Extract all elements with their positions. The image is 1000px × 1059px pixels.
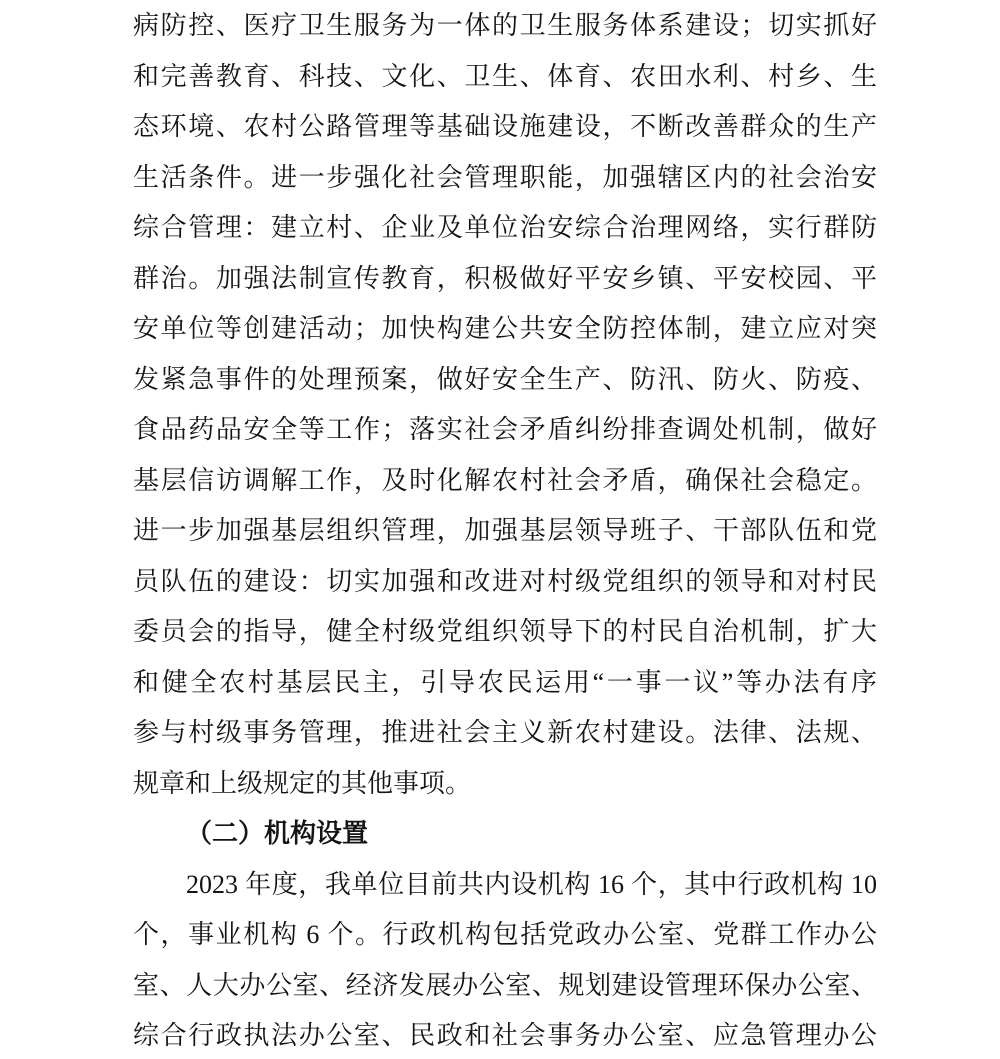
- paragraph-first-line: 2023 年度，我单位目前共内设机构 16 个，其中行政机构 10: [133, 860, 877, 911]
- text-line: 参与村级事务管理，推进社会主义新农村建设。法律、法规、: [133, 708, 877, 759]
- text-line: 基层信访调解工作，及时化解农村社会矛盾，确保社会稳定。: [133, 456, 877, 507]
- text-line: 委员会的指导，健全村级党组织领导下的村民自治机制，扩大: [133, 607, 877, 658]
- text-line: 和健全农村基层民主，引导农民运用“一事一议”等办法有序: [133, 658, 877, 709]
- text-line: 安单位等创建活动；加快构建公共安全防控体制，建立应对突: [133, 304, 877, 355]
- section-heading: （二）机构设置: [133, 809, 877, 860]
- text-line: 个，事业机构 6 个。行政机构包括党政办公室、党群工作办公: [133, 910, 877, 961]
- text-line: 室、人大办公室、经济发展办公室、规划建设管理环保办公室、: [133, 961, 877, 1012]
- text-line: 生活条件。进一步强化社会管理职能，加强辖区内的社会治安: [133, 153, 877, 204]
- text-line: 和完善教育、科技、文化、卫生、体育、农田水利、村乡、生: [133, 52, 877, 103]
- text-line: 员队伍的建设：切实加强和改进对村级党组织的领导和对村民: [133, 557, 877, 608]
- text-line: 综合管理：建立村、企业及单位治安综合治理网络，实行群防: [133, 203, 877, 254]
- paragraph-last-line: 规章和上级规定的其他事项。: [133, 759, 877, 810]
- text-line: 发紧急事件的处理预案，做好安全生产、防汛、防火、防疫、: [133, 355, 877, 406]
- text-line: 群治。加强法制宣传教育，积极做好平安乡镇、平安校园、平: [133, 254, 877, 305]
- text-line: 态环境、农村公路管理等基础设施建设，不断改善群众的生产: [133, 102, 877, 153]
- text-line: 综合行政执法办公室、民政和社会事务办公室、应急管理办公: [133, 1011, 877, 1059]
- document-page: 病防控、医疗卫生服务为一体的卫生服务体系建设；切实抓好 和完善教育、科技、文化、…: [0, 0, 1000, 1059]
- document-text-block: 病防控、医疗卫生服务为一体的卫生服务体系建设；切实抓好 和完善教育、科技、文化、…: [133, 1, 877, 1059]
- text-line: 病防控、医疗卫生服务为一体的卫生服务体系建设；切实抓好: [133, 1, 877, 52]
- text-line: 进一步加强基层组织管理，加强基层领导班子、干部队伍和党: [133, 506, 877, 557]
- text-line: 食品药品安全等工作；落实社会矛盾纠纷排查调处机制，做好: [133, 405, 877, 456]
